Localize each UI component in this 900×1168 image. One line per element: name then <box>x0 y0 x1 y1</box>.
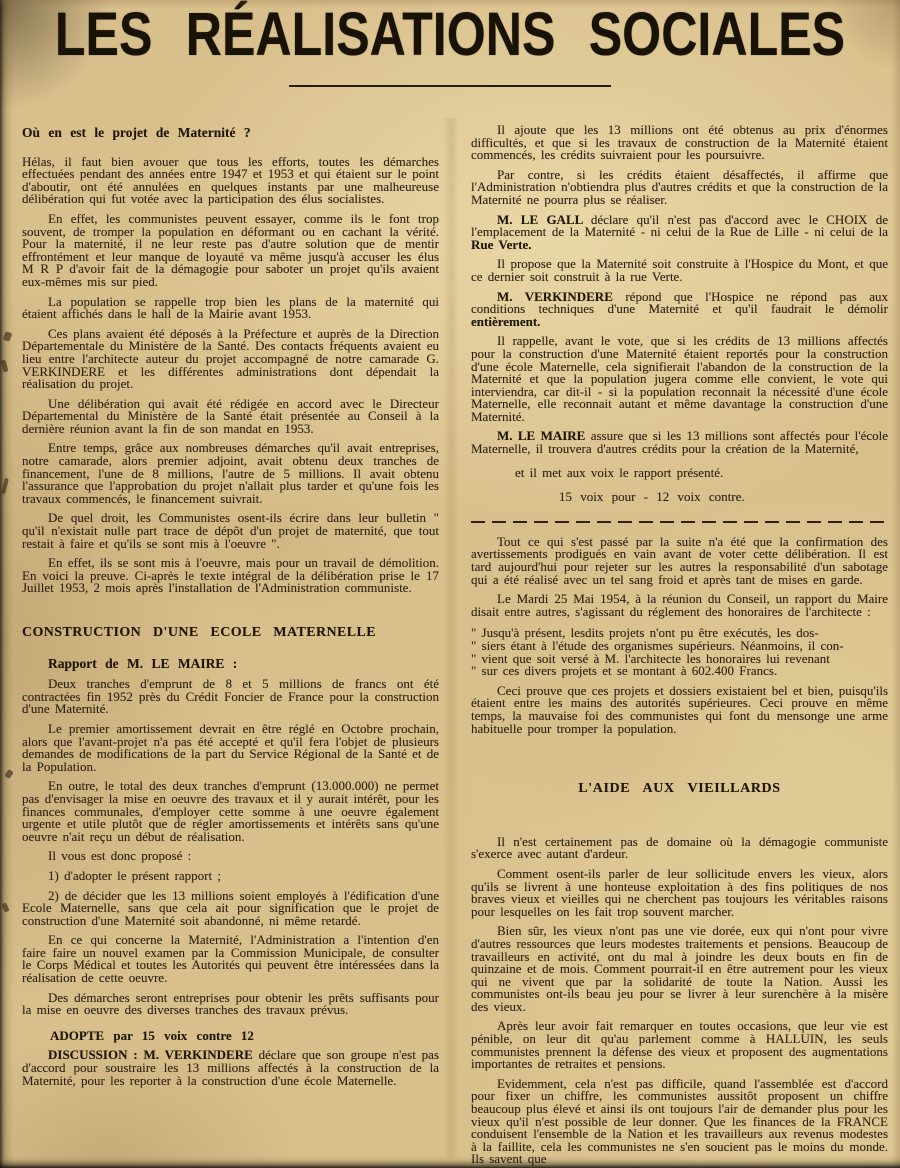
title-rule <box>289 85 611 87</box>
paragraph: En effet, les communistes peuvent essaye… <box>22 213 439 289</box>
paragraph: Evidemment, cela n'est pas difficile, qu… <box>471 1078 888 1166</box>
ink-speck <box>1 360 9 373</box>
paragraph: Il ajoute que les 13 millions ont été ob… <box>471 124 888 162</box>
paragraph: La population se rappelle trop bien les … <box>22 296 439 321</box>
scan-edge-right <box>892 0 900 1168</box>
discussion-paragraph: DISCUSSION : M. VERKINDERE déclare que s… <box>22 1049 439 1087</box>
paragraph: Il n'est certainement pas de domaine où … <box>471 836 888 861</box>
paragraph: Une délibération qui avait été rédigée e… <box>22 398 439 436</box>
paragraph: Comment osent-ils parler de leur sollici… <box>471 868 888 918</box>
paragraph: Le Mardi 25 Mai 1954, à la réunion du Co… <box>471 593 888 618</box>
right-column: Il ajoute que les 13 millions ont été ob… <box>471 117 888 1166</box>
paragraph: Le premier amortissement devrait en être… <box>22 723 439 773</box>
page-title: LES RÉALISATIONS SOCIALES <box>54 2 846 67</box>
list-item: 2) de décider que les 13 millions soient… <box>22 890 439 928</box>
paragraph: Il rappelle, avant le vote, que si les c… <box>471 335 888 423</box>
adoption-result-line: ADOPTE par 15 voix contre 12 <box>22 1030 439 1043</box>
le-gall-statement: M. LE GALL déclare qu'il n'est pas d'acc… <box>471 214 888 252</box>
dashed-divider <box>471 521 886 523</box>
ink-speck <box>1 478 9 494</box>
paragraph: Tout ce qui s'est passé par la suite n'a… <box>471 536 888 586</box>
ink-speck <box>1 902 9 912</box>
school-construction-heading: CONSTRUCTION D'UNE ECOLE MATERNELLE <box>22 627 439 640</box>
paragraph: Par contre, si les crédits étaient désaf… <box>471 169 888 207</box>
paragraph: En ce qui concerne la Maternité, l'Admin… <box>22 934 439 984</box>
paragraph: De quel droit, les Communistes osent-ils… <box>22 512 439 550</box>
paragraph: et il met aux voix le rapport présenté. <box>471 467 888 480</box>
paragraph: Ceci prouve que ces projets et dossiers … <box>471 685 888 735</box>
paragraph: Ces plans avaient été déposés à la Préfe… <box>22 328 439 391</box>
paragraph: Deux tranches d'emprunt de 8 et 5 millio… <box>22 678 439 716</box>
paragraph: En effet, ils se sont mis à l'oeuvre, ma… <box>22 557 439 595</box>
article-columns: Où en est le projet de Maternité ?Hélas,… <box>22 127 888 1166</box>
mayor-assurance: M. LE MAIRE assure que si les 13 million… <box>471 430 888 455</box>
paragraph: En outre, le total des deux tranches d'e… <box>22 780 439 843</box>
paragraph: Bien sûr, les vieux n'ont pas une vie do… <box>471 925 888 1013</box>
paragraph: Après leur avoir fait remarquer en toute… <box>471 1020 888 1070</box>
elderly-aid-heading: L'AIDE AUX VIEILLARDS <box>471 783 888 796</box>
ink-speck <box>3 331 13 342</box>
paragraph: Il vous est donc proposé : <box>22 850 439 863</box>
paragraph: Il propose que la Maternité soit constru… <box>471 258 888 283</box>
paragraph: Entre temps, grâce aux nombreuses démarc… <box>22 442 439 505</box>
list-item: 1) d'adopter le présent rapport ; <box>22 870 439 883</box>
architect-fees-quote: " Jusqu'à présent, lesdits projets n'ont… <box>471 627 888 677</box>
paragraph: Hélas, il faut bien avouer que tous les … <box>22 156 439 206</box>
scan-edge-left <box>0 0 14 1168</box>
left-column: Où en est le projet de Maternité ?Hélas,… <box>22 127 439 1166</box>
maternity-question-heading: Où en est le projet de Maternité ? <box>22 127 439 140</box>
ink-speck <box>4 769 14 779</box>
newspaper-page: LES RÉALISATIONS SOCIALES Où en est le p… <box>0 0 900 1168</box>
mayor-report-heading: Rapport de M. LE MAIRE : <box>48 658 439 671</box>
paragraph: Des démarches seront entreprises pour ob… <box>22 992 439 1017</box>
vote-count-line: 15 voix pour - 12 voix contre. <box>471 491 888 504</box>
verkindere-reply: M. VERKINDERE répond que l'Hospice ne ré… <box>471 291 888 329</box>
